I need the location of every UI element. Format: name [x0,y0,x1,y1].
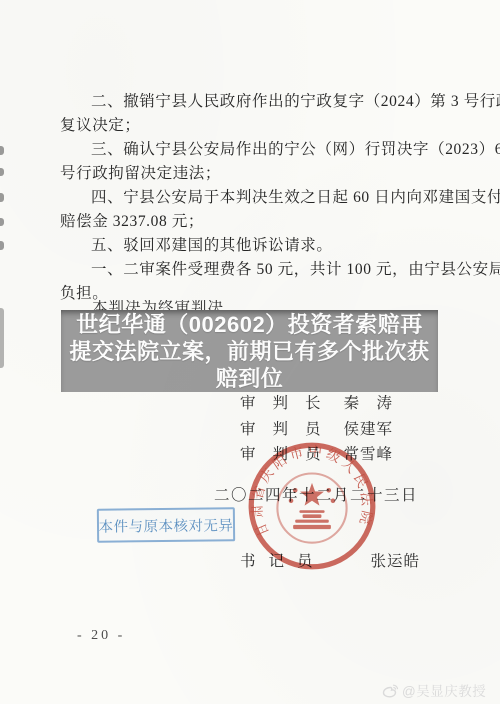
watermark-handle: @吴显庆教授 [402,680,486,700]
clerk-name: 张运皓 [371,549,421,571]
body-line: 赔偿金 3237.08 元； [60,210,464,234]
national-emblem-icon [277,474,346,543]
body-line: 一、二审案件受理费各 50 元，共计 100 元，由宁县公安局 [60,258,464,282]
binding-mark [0,193,4,202]
signature-row: 审判员 侯建军 [240,417,393,439]
binding-mark [0,218,4,226]
judge-role-label: 审判长 [240,391,338,413]
caption-line-3: 赔到位 [216,365,284,392]
caption-line-1: 世纪华通（002602）投资者索赔再 [76,311,422,338]
body-line: 五、驳回邓建国的其他诉讼请求。 [60,234,464,258]
body-line: 号行政拘留决定违法； [60,162,464,186]
emblem-big-star-icon [300,483,324,506]
judge-name: 秦 涛 [344,391,394,413]
binding-mark [0,308,4,368]
verification-stamp: 本件与原本核对无异 [97,507,235,542]
court-seal: 甘肃省庆阳市中级人民法院 [247,441,377,571]
binding-mark [0,168,4,176]
judgment-body: 二、撤销宁县人民政府作出的宁政复字（2024）第 3 号行政 复议决定； 三、确… [60,90,464,306]
judge-role-label: 审判员 [240,417,338,439]
body-line: 四、宁县公安局于本判决生效之日起 60 日内向邓建国支付 [60,186,464,210]
body-line: 复议决定； [60,114,464,138]
binding-mark [0,146,4,155]
body-line: 三、确认宁县公安局作出的宁公（网）行罚决字（2023）653 [60,138,464,162]
caption-line-2: 提交法院立案，前期已有多个批次获 [69,338,429,365]
watermark: @吴显庆教授 [382,680,486,700]
binding-mark [0,241,4,250]
judge-name: 侯建军 [344,417,394,439]
signature-row: 审判长 秦 涛 [240,391,393,413]
weibo-logo-icon [382,683,399,698]
body-line: 二、撤销宁县人民政府作出的宁政复字（2024）第 3 号行政 [60,90,464,114]
document-photo: 二、撤销宁县人民政府作出的宁政复字（2024）第 3 号行政 复议决定； 三、确… [0,0,500,704]
page-number: - 20 - [77,628,125,644]
caption-banner: 世纪华通（002602）投资者索赔再 提交法院立案，前期已有多个批次获 赔到位 [61,310,438,392]
